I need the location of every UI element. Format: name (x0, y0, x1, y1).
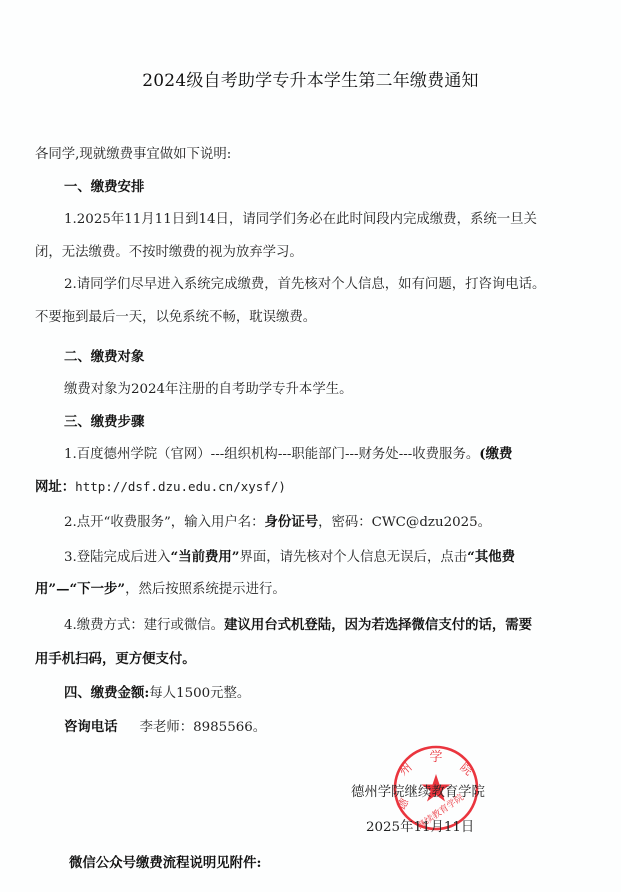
step-3-text-a: 3.登陆完成后进入 (64, 550, 171, 565)
contact-value: 李老师：8985566。 (140, 720, 267, 735)
step-1-url-label-start: (缴费 (479, 446, 512, 462)
step-4-line1: 4.缴费方式：建行或微信。建议用台式机登陆，因为若选择微信支付的话，需要 (64, 614, 532, 633)
paragraph-arrangement-1-line2: 闭，无法缴费。不按时缴费的视为放弃学习。 (35, 241, 303, 260)
section-heading-amount: 四、缴费金额: (64, 685, 149, 701)
document-title: 2024级自考助学专升本学生第二年缴费通知 (0, 66, 621, 91)
svg-text:州: 州 (396, 760, 414, 778)
step-3-line1: 3.登陆完成后进入“当前费用”界面，请先核对个人信息无误后，点击“其他费 (64, 546, 515, 565)
fee-amount: 四、缴费金额:每人1500元整。 (64, 682, 250, 701)
step-3-other-fee: “其他费 (467, 549, 515, 565)
paragraph-arrangement-2-line1: 2.请同学们尽早进入系统完成缴费，首先核对个人信息，如有问题，打咨询电话。 (64, 273, 545, 292)
paragraph-arrangement-1-line1: 1.2025年11月11日到14日，请同学们务必在此时间段内完成缴费，系统一旦关 (64, 208, 537, 227)
step-1-line1: 1.百度德州学院（官网）---组织机构---职能部门---财务处---收费服务。… (64, 443, 512, 462)
step-4-payment-method: 4.缴费方式：建行或微信。 (64, 618, 224, 633)
step-1-url[interactable]: http://dsf.dzu.edu.cn/xysf/) (75, 479, 286, 494)
attachment-note: 微信公众号缴费流程说明见附件: (69, 852, 261, 871)
fee-amount-value: 每人1500元整。 (149, 686, 250, 701)
section-heading-arrangement: 一、缴费安排 (64, 176, 144, 195)
notice-document: 2024级自考助学专升本学生第二年缴费通知 各同学,现就缴费事宜做如下说明: 一… (0, 0, 621, 892)
svg-text:学: 学 (429, 750, 442, 765)
section-heading-target: 二、缴费对象 (64, 346, 144, 365)
step-2-password: ，密码：CWC@dzu2025。 (318, 515, 491, 530)
contact-line: 咨询电话李老师：8985566。 (64, 716, 266, 735)
greeting: 各同学,现就缴费事宜做如下说明: (35, 143, 231, 162)
step-2-text: 2.点开“收费服务”，输入用户名： (64, 515, 265, 530)
signature-organization: 德州学院继续教育学院 (351, 781, 485, 800)
svg-text:院: 院 (457, 760, 475, 778)
step-3-text-b: 界面，请先核对个人信息无误后，点击 (239, 550, 467, 565)
step-4-line2: 用手机扫码，更方便支付。 (35, 648, 196, 667)
paragraph-arrangement-2-line2: 不要拖到最后一天，以免系统不畅，耽误缴费。 (35, 306, 316, 325)
step-4-recommendation: 建议用台式机登陆，因为若选择微信支付的话，需要 (224, 617, 532, 633)
step-3-next-step: 用”—“下一步” (35, 581, 125, 597)
signature-date: 2025年11月11日 (366, 816, 474, 835)
contact-label: 咨询电话 (64, 719, 118, 735)
step-1-line2: 网址：http://dsf.dzu.edu.cn/xysf/) (35, 476, 286, 495)
step-3-text-c: ，然后按照系统提示进行。 (125, 582, 286, 597)
step-3-line2: 用”—“下一步”，然后按照系统提示进行。 (35, 578, 286, 597)
step-2: 2.点开“收费服务”，输入用户名：身份证号，密码：CWC@dzu2025。 (64, 511, 491, 530)
paragraph-target: 缴费对象为2024年注册的自考助学专升本学生。 (64, 378, 353, 397)
step-2-username: 身份证号 (265, 514, 319, 530)
section-heading-steps: 三、缴费步骤 (64, 411, 144, 430)
step-1-path: 1.百度德州学院（官网）---组织机构---职能部门---财务处---收费服务。 (64, 447, 479, 462)
step-3-current-fee: “当前费用” (171, 549, 240, 565)
step-1-url-label: 网址： (35, 479, 75, 495)
